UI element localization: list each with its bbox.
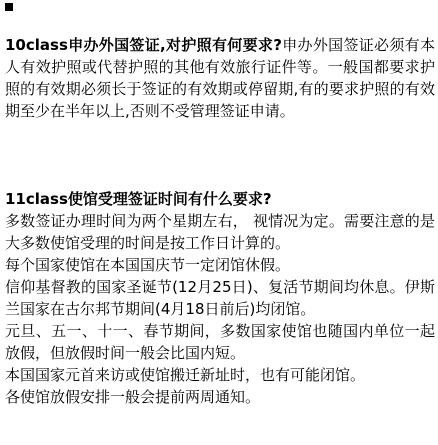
section2-line-advance-notice: 各使馆放假安排一般会提前两周通知。 <box>5 386 435 408</box>
section2-line-state-visit-relocation: 本国国家元首来访或使馆搬迁新址时，也有可能闭馆。 <box>5 364 435 386</box>
section1-heading: 10class申办外国签证,对护照有何要求? <box>5 36 282 54</box>
document-page: 10class申办外国签证,对护照有何要求?申办外国签证必须有本人有效护照或代替… <box>0 0 438 445</box>
section2-line-religious-holidays: 信仰基督教的国家圣诞节(12月25日)、复活节期间均休息。伊斯兰国家在古尔邦节期… <box>5 276 435 320</box>
black-square-marker <box>5 3 13 11</box>
section2-line-national-day-closure: 每个国家使馆在本国国庆节一定闭馆休假。 <box>5 254 435 276</box>
section2-line-processing-duration: 多数签证办理时间为两个星期左右， 视情况为定。需要注意的是大多数使馆受理的时间是… <box>5 210 435 254</box>
section-visa-passport-requirements: 10class申办外国签证,对护照有何要求?申办外国签证必须有本人有效护照或代替… <box>5 34 435 122</box>
section2-heading: 11class使馆受理签证时间有什么要求? <box>5 188 435 210</box>
section2-line-chinese-holidays: 元旦、五一、十一、春节期间，多数国家使馆也随国内单位一起放假，但放假时间一般会比… <box>5 320 435 364</box>
section-embassy-processing-time: 11class使馆受理签证时间有什么要求? 多数签证办理时间为两个星期左右， 视… <box>5 188 435 408</box>
